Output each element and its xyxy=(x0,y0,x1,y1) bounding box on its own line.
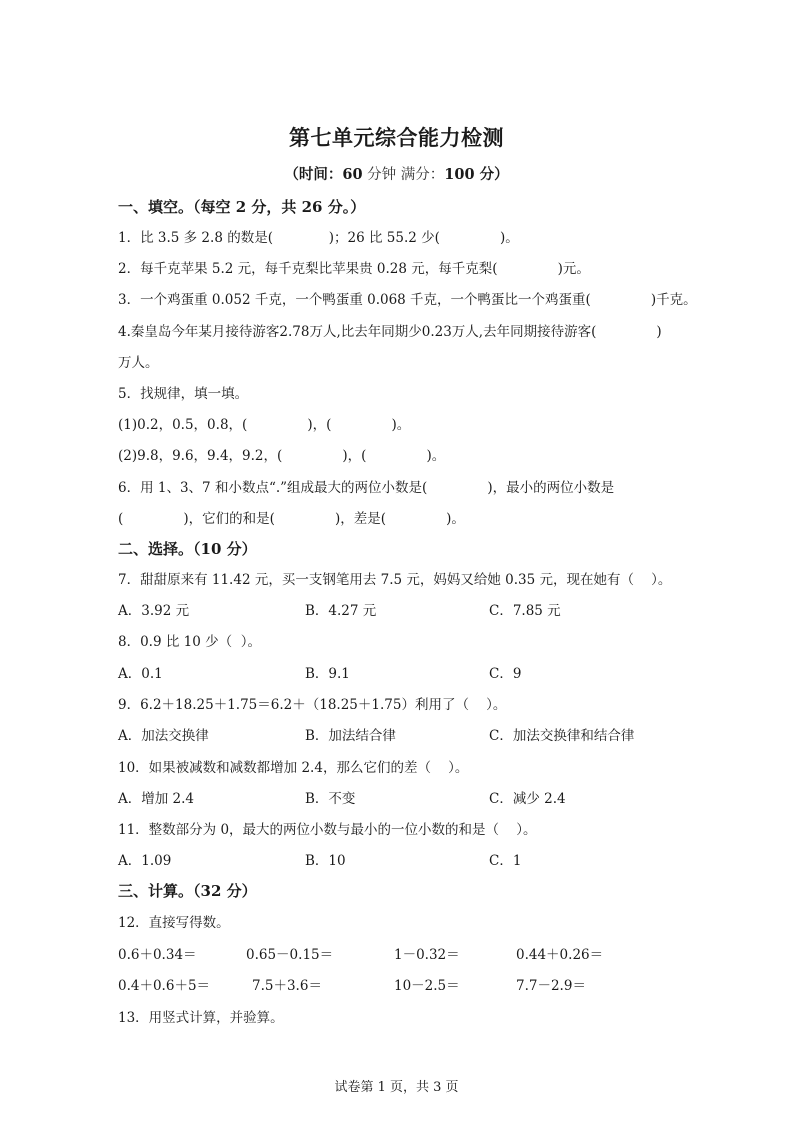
section-heading-choice: 二、选择。（10 分） xyxy=(118,540,257,558)
calc-item: 7.7－2.9＝ xyxy=(516,977,586,995)
question-11-option-b: B．10 xyxy=(305,852,346,870)
question-4-line-1: 4.秦皇岛今年某月接待游客2.78万人,比去年同期少0.23万人,去年同期接待游… xyxy=(118,323,662,341)
question-7-option-a: A．3.92 元 xyxy=(118,602,189,620)
question-11-option-a: A．1.09 xyxy=(118,852,171,870)
calc-item: 7.5＋3.6＝ xyxy=(252,977,322,995)
question-9: 9．6.2＋18.25＋1.75＝6.2＋（18.25＋1.75）利用了（ ）。 xyxy=(118,696,506,714)
question-4-line-2: 万人。 xyxy=(118,354,159,372)
exam-title: 第七单元综合能力检测 xyxy=(0,122,793,152)
question-1: 1．比 3.5 多 2.8 的数是( )；26 比 55.2 少( )。 xyxy=(118,229,519,247)
question-8-option-a: A．0.1 xyxy=(118,665,163,683)
question-6-line-1: 6．用 1、3、7 和小数点“.”组成最大的两位小数是( )，最小的两位小数是 xyxy=(118,479,614,497)
question-9-option-b: B．加法结合律 xyxy=(305,727,396,745)
calc-item: 1－0.32＝ xyxy=(394,946,460,964)
calc-item: 10－2.5＝ xyxy=(394,977,460,995)
calc-item: 0.4＋0.6＋5＝ xyxy=(118,977,210,995)
question-11-option-c: C．1 xyxy=(489,852,521,870)
calc-item: 0.65－0.15＝ xyxy=(246,946,333,964)
question-7-option-b: B．4.27 元 xyxy=(305,602,376,620)
page-footer: 试卷第 1 页，共 3 页 xyxy=(0,1076,793,1095)
question-10: 10．如果被减数和减数都增加 2.4，那么它们的差（ ）。 xyxy=(118,759,468,777)
question-5-part-2: (2)9.8，9.6，9.4，9.2，( )，( )。 xyxy=(118,447,445,465)
question-10-option-a: A．增加 2.4 xyxy=(118,790,194,808)
question-2: 2．每千克苹果 5.2 元，每千克梨比苹果贵 0.28 元，每千克梨( )元。 xyxy=(118,260,590,278)
question-13: 13．用竖式计算，并验算。 xyxy=(118,1009,284,1027)
question-10-option-b: B．不变 xyxy=(305,790,355,808)
question-8-option-c: C．9 xyxy=(489,665,521,683)
question-12: 12．直接写得数。 xyxy=(118,914,230,932)
question-5-part-1: (1)0.2，0.5，0.8，( )，( )。 xyxy=(118,416,410,434)
question-3: 3．一个鸡蛋重 0.052 千克，一个鸭蛋重 0.068 千克，一个鸭蛋比一个鸡… xyxy=(118,291,697,309)
section-heading-fill-in: 一、填空。（每空 2 分，共 26 分。） xyxy=(118,198,365,216)
question-8: 8．0.9 比 10 少（ ）。 xyxy=(118,633,261,651)
calc-item: 0.6＋0.34＝ xyxy=(118,946,197,964)
question-6-line-2: ( )，它们的和是( )，差是( )。 xyxy=(118,510,465,528)
question-7: 7．甜甜原来有 11.42 元，买一支钢笔用去 7.5 元，妈妈又给她 0.35… xyxy=(118,571,671,589)
section-heading-calc: 三、计算。（32 分） xyxy=(118,882,257,900)
subtitle-close: 分） xyxy=(475,166,509,183)
question-8-option-b: B．9.1 xyxy=(305,665,350,683)
question-5: 5．找规律，填一填。 xyxy=(118,385,248,403)
calc-item: 0.44＋0.26＝ xyxy=(516,946,603,964)
subtitle-open: （时间： xyxy=(284,166,342,183)
question-11: 11．整数部分为 0，最大的两位小数与最小的一位小数的和是（ ）。 xyxy=(118,821,536,839)
score-value: 100 xyxy=(444,166,474,183)
exam-subtitle: （时间：60 分钟 满分：100 分） xyxy=(0,163,793,184)
question-9-option-a: A．加法交换律 xyxy=(118,727,209,745)
question-10-option-c: C．减少 2.4 xyxy=(489,790,566,808)
time-value: 60 xyxy=(342,166,362,183)
question-7-option-c: C．7.85 元 xyxy=(489,602,561,620)
question-9-option-c: C．加法交换律和结合律 xyxy=(489,727,634,745)
exam-page: 第七单元综合能力检测 （时间：60 分钟 满分：100 分） 一、填空。（每空 … xyxy=(0,0,793,1122)
time-unit: 分钟 满分： xyxy=(363,167,445,183)
